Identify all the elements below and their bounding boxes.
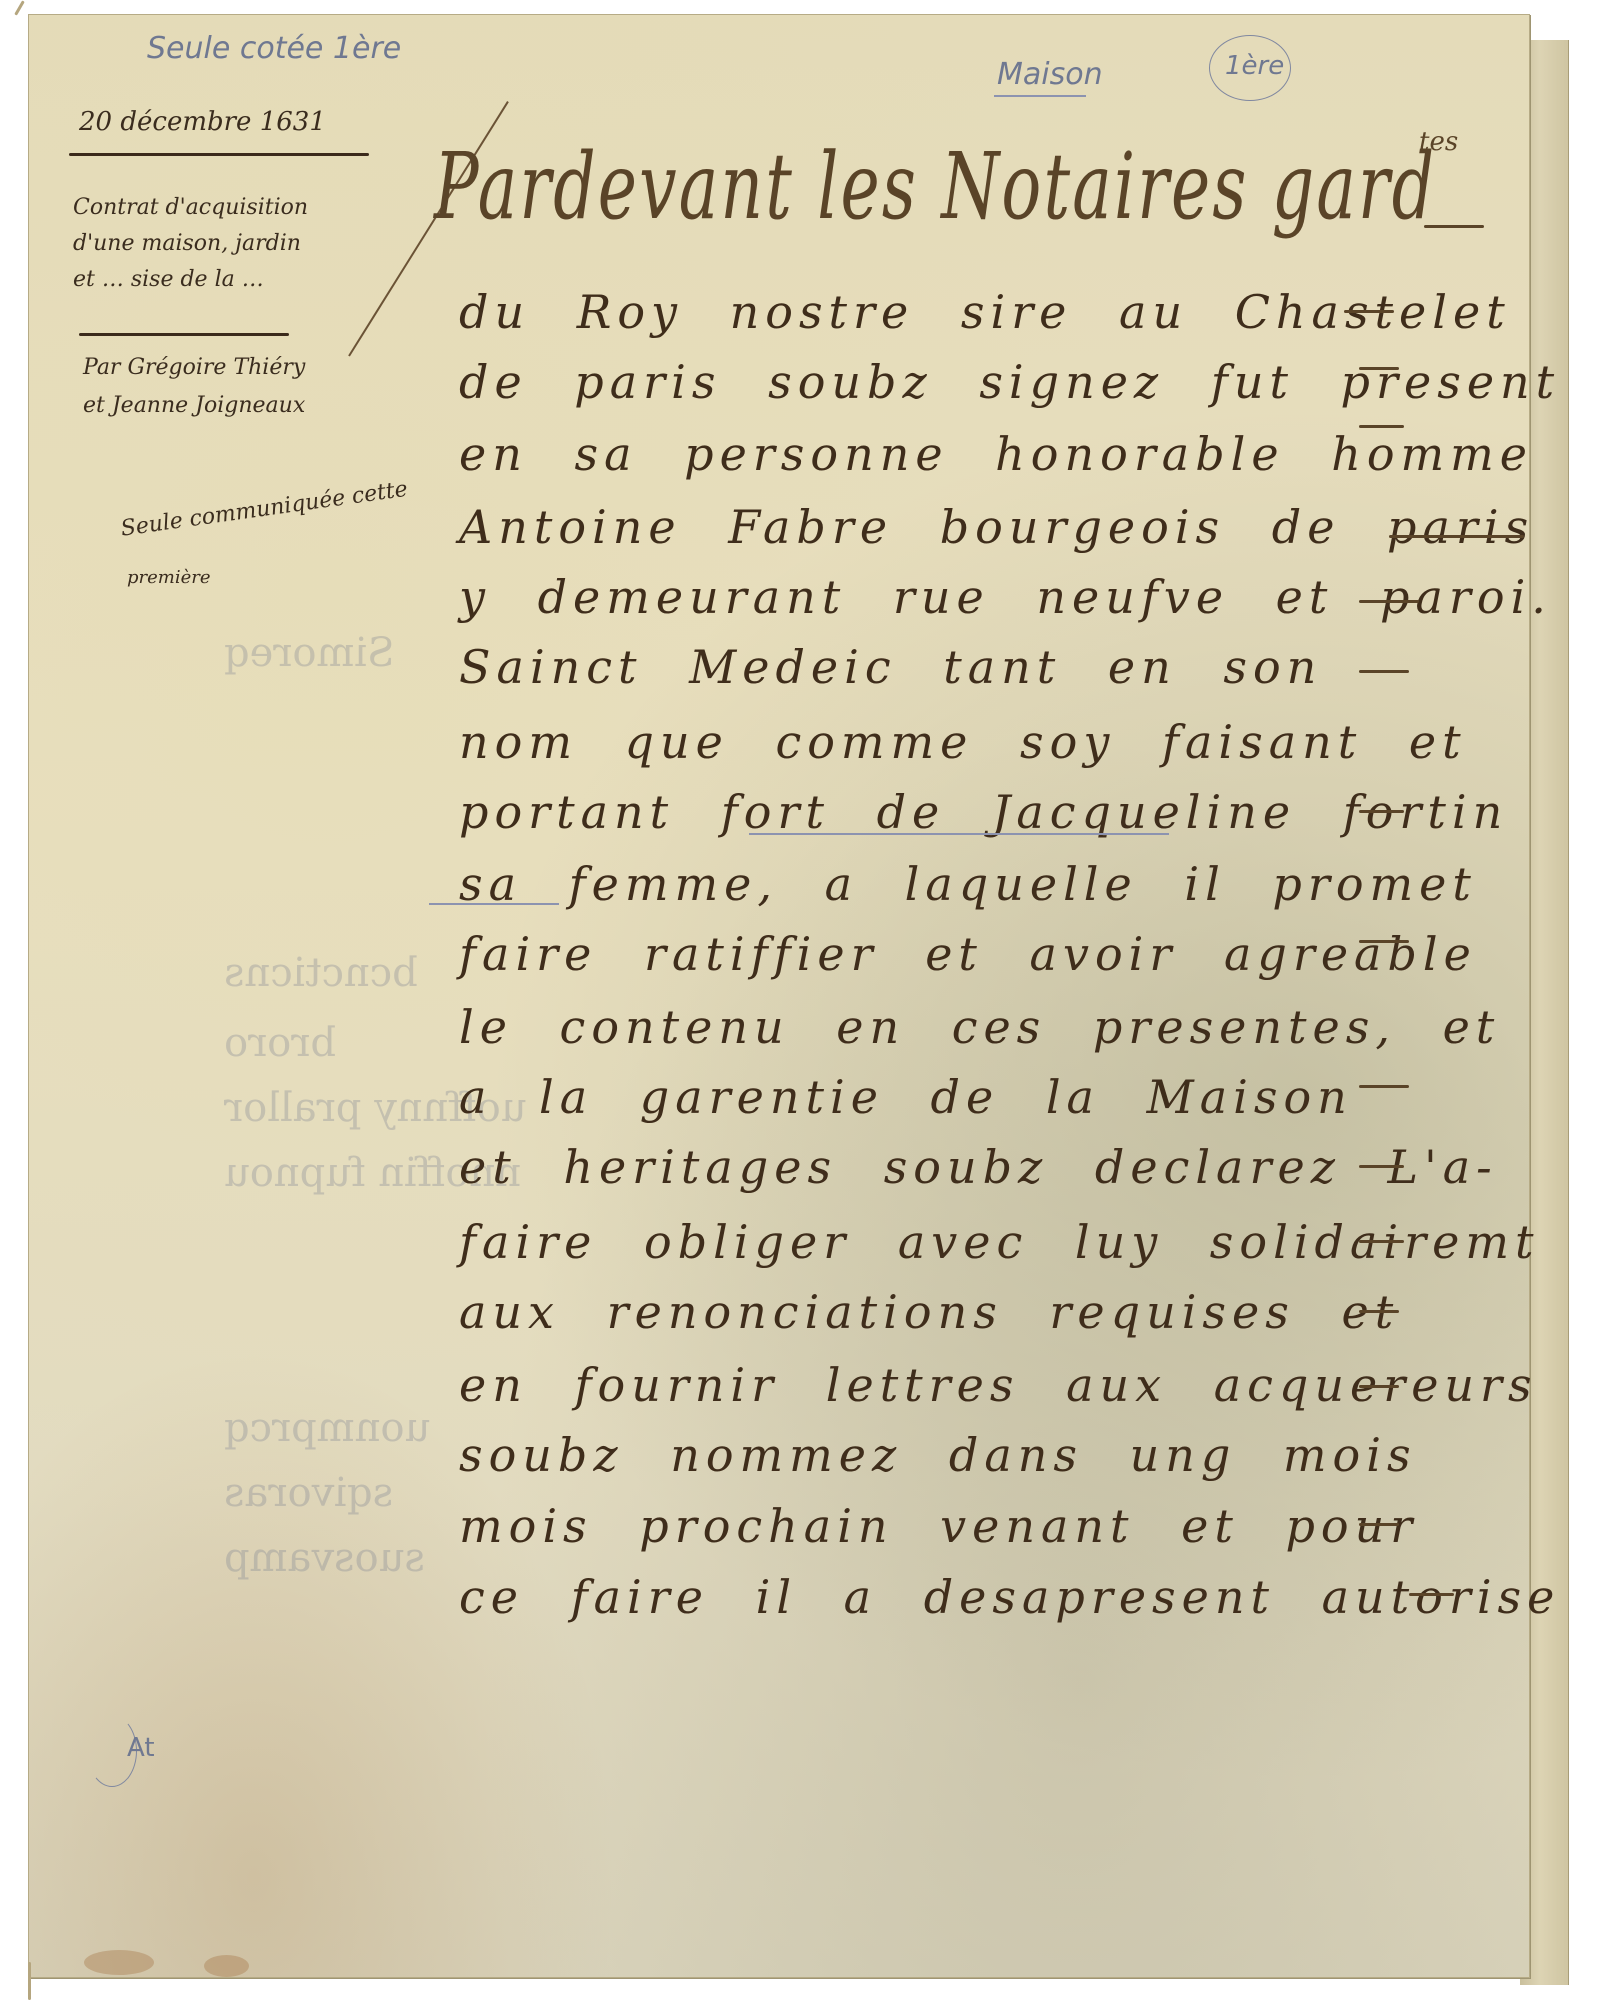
body-line: Sainct Medeic tant en son [459, 640, 1322, 694]
line-filler [1359, 1523, 1399, 1526]
pencil-underline [429, 903, 559, 905]
body-line: sa femme, a laquelle il promet [459, 857, 1477, 911]
line-filler [1359, 1085, 1409, 1088]
body-line: Antoine Fabre bourgeois de paris [459, 500, 1534, 554]
margin-parties-line-1: Par Grégoire Thiéry [83, 353, 305, 383]
binding-thread [14, 0, 25, 15]
parchment-page: Seule cotée 1ère Maison 1ère 20 décembre… [28, 14, 1530, 1978]
line-filler [1359, 1165, 1404, 1168]
show-through-text: suosvamp [224, 1535, 425, 1581]
pencil-annotation-circled: 1ère [1225, 51, 1284, 81]
margin-rule [79, 333, 289, 336]
body-line: y demeurant rue neufve et paroi. [459, 570, 1552, 624]
body-line: ce faire il a desapresent autorise [459, 1570, 1560, 1624]
body-line: soubz nommez dans ung mois [459, 1428, 1417, 1482]
pencil-underline [994, 95, 1086, 97]
margin-summary-line-3: et … sise de la … [73, 265, 264, 295]
title-superscript: tes [1419, 127, 1458, 157]
body-line: a la garentie de la Maison [459, 1070, 1353, 1124]
document-title: Pardevant les Notaires gard [434, 133, 1436, 240]
body-line: nom que comme soy faisant et [459, 715, 1467, 769]
line-filler [1359, 425, 1404, 428]
show-through-text: sqivoras [224, 1470, 393, 1516]
line-filler [1359, 670, 1409, 673]
body-line: faire ratiffier et avoir agreable [459, 927, 1477, 981]
pencil-underline [749, 833, 1169, 835]
line-filler [1359, 1385, 1399, 1388]
show-through-text: bcncticns [224, 950, 418, 996]
binding-thread [28, 1962, 31, 2000]
margin-parties-line-2: et Jeanne Joigneaux [83, 391, 305, 421]
margin-rule [69, 153, 369, 156]
body-line: mois prochain venant et pour [459, 1499, 1418, 1553]
margin-summary-line-2: d'une maison, jardin [73, 229, 301, 259]
line-filler [1344, 310, 1394, 313]
margin-note-line-1: Seule communiquée cette [119, 475, 410, 545]
line-filler [1359, 810, 1404, 813]
line-filler [1359, 1310, 1399, 1313]
margin-date: 20 décembre 1631 [79, 107, 326, 137]
body-line: aux renonciations requises et [459, 1285, 1399, 1339]
line-filler [1359, 600, 1419, 603]
show-through-text: broro [224, 1020, 336, 1066]
show-through-text: uonmprcq [224, 1405, 430, 1451]
show-through-text: Simoreq [224, 630, 395, 676]
line-filler [1409, 1593, 1454, 1596]
stain [84, 1950, 154, 1975]
line-filler [1359, 367, 1399, 370]
line-filler [1424, 225, 1484, 228]
pencil-annotation-maison: Maison [997, 57, 1103, 92]
body-line: de paris soubz signez fut present [459, 355, 1560, 409]
pencil-annotation-top-left: Seule cotée 1ère [147, 31, 401, 66]
body-line: portant fort de Jacqueline fortin [459, 785, 1508, 839]
body-line: et heritages soubz declarez L'a- [459, 1140, 1498, 1194]
line-filler [1359, 1240, 1404, 1243]
margin-note-line-2: première [127, 563, 211, 593]
line-filler [1359, 940, 1409, 943]
body-line: le contenu en ces presentes, et [459, 1000, 1500, 1054]
pencil-annotation-bottom-left: At [127, 1733, 155, 1763]
body-line: en sa personne honorable homme [459, 427, 1533, 481]
line-filler [1389, 535, 1524, 538]
stain [204, 1955, 249, 1977]
margin-summary-line-1: Contrat d'acquisition [73, 193, 308, 223]
